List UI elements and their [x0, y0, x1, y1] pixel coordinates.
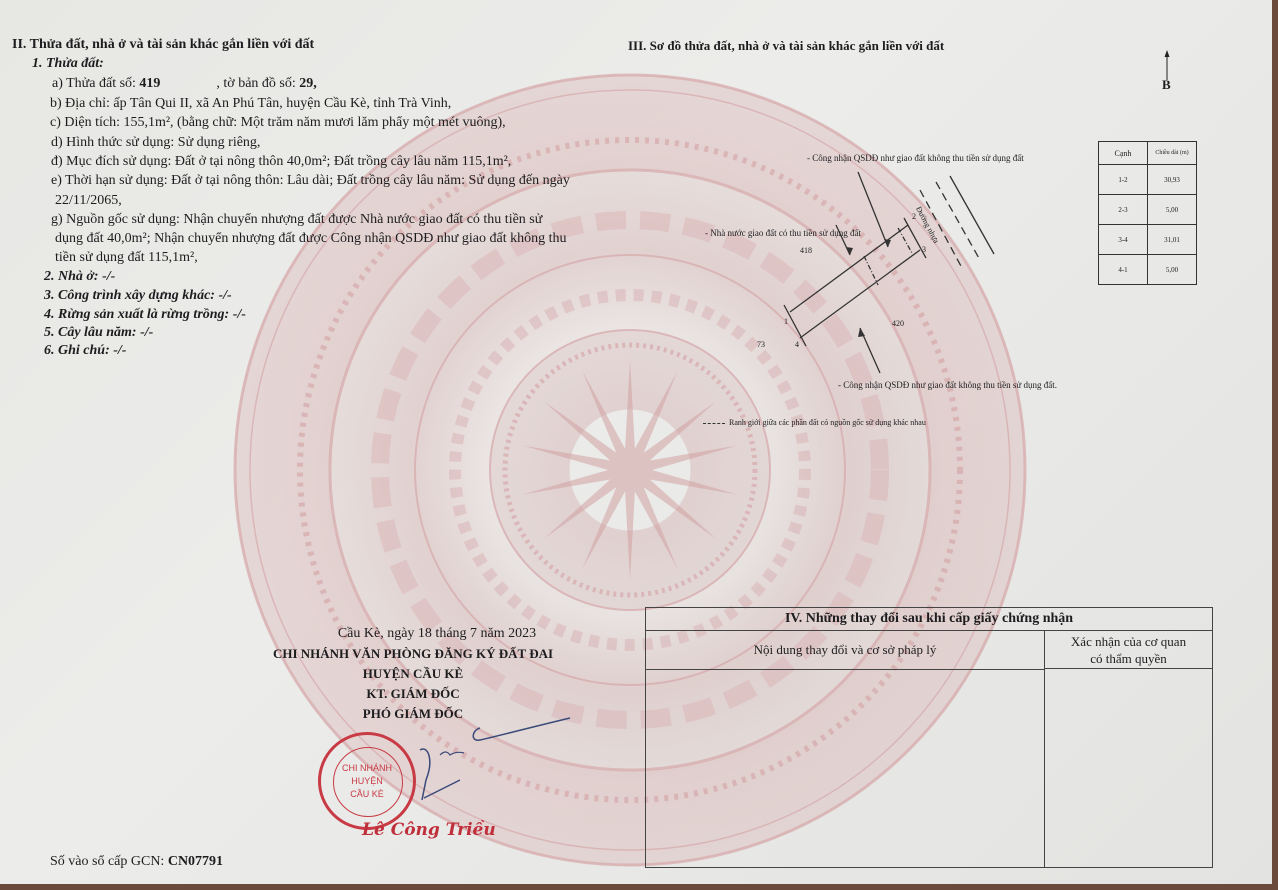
section-iii-title: III. Sơ đồ thửa đất, nhà ở và tài sản kh…	[628, 37, 944, 55]
issuing-org-line-2: HUYỆN CẦU KÈ	[258, 665, 568, 683]
parcel-diagram	[740, 150, 1120, 410]
address-line: b) Địa chỉ: ấp Tân Qui II, xã An Phú Tân…	[50, 95, 451, 113]
item-perennial-trees: 5. Cây lâu năm: -/-	[44, 324, 153, 342]
edge-id: 3-4	[1099, 225, 1148, 255]
edge-length-table: Cạnh Chiều dài (m) 1-2 30,93 2-3 5,00 3-…	[1098, 141, 1197, 285]
table-row: 4-1 5,00	[1099, 255, 1197, 285]
table-row: 3-4 31,01	[1099, 225, 1197, 255]
boundary-legend-line	[703, 423, 725, 424]
section-ii-title: II. Thửa đất, nhà ở và tài sản khác gắn …	[12, 36, 314, 54]
issue-date: Cầu Kè, ngày 18 tháng 7 năm 2023	[307, 625, 567, 643]
edge-length: 31,01	[1148, 225, 1197, 255]
registry-label: Số vào sổ cấp GCN:	[50, 854, 168, 869]
annotation-recognized-top: - Công nhận QSDĐ như giao đất không thu …	[807, 153, 1024, 163]
north-label: B	[1162, 76, 1171, 94]
certificate-page: II. Thửa đất, nhà ở và tài sản khác gắn …	[0, 0, 1272, 884]
changes-col-content: Nội dung thay đổi và cơ sở pháp lý	[646, 631, 1045, 670]
item-notes: 6. Ghi chú: -/-	[44, 342, 126, 360]
confirmation-line-1: Xác nhận của cơ quan	[1045, 633, 1212, 650]
neighbor-parcel-73: 73	[757, 340, 765, 350]
handwritten-signature-icon	[400, 700, 600, 820]
vertex-1: 1	[784, 317, 788, 327]
edge-length: 30,93	[1148, 165, 1197, 195]
usage-term-line-2: 22/11/2065,	[55, 192, 122, 210]
edge-length: 5,00	[1148, 255, 1197, 285]
edge-table-header-edge: Cạnh	[1099, 142, 1148, 165]
edge-length: 5,00	[1148, 195, 1197, 225]
section-iv-title: IV. Những thay đổi sau khi cấp giấy chứn…	[646, 608, 1212, 631]
changes-table: IV. Những thay đổi sau khi cấp giấy chứn…	[645, 607, 1213, 868]
stamp-line-2: HUYỆN	[318, 776, 416, 787]
neighbor-parcel-418: 418	[800, 246, 812, 256]
boundary-legend-text: Ranh giới giữa các phần đất có nguồn gốc…	[729, 418, 926, 428]
origin-line-1: g) Nguồn gốc sử dụng: Nhận chuyển nhượng…	[51, 211, 542, 229]
vertex-4: 4	[795, 340, 799, 350]
edge-id: 4-1	[1099, 255, 1148, 285]
edge-id: 2-3	[1099, 195, 1148, 225]
origin-line-3: tiền sử dụng đất 115,1m²,	[55, 249, 198, 267]
neighbor-parcel-420: 420	[892, 319, 904, 329]
registry-number: CN07791	[168, 854, 223, 869]
area-line: c) Diện tích: 155,1m², (bằng chữ: Một tr…	[50, 114, 506, 132]
parcel-line: a) Thửa đất số: 419, tờ bản đồ số: 29,	[52, 75, 317, 93]
parcel-number: 419	[139, 76, 160, 91]
official-red-stamp: CHI NHÁNH HUYỆN CẦU KÈ	[318, 732, 416, 830]
item-house: 2. Nhà ở: -/-	[44, 268, 115, 286]
registry-line: Số vào sổ cấp GCN: CN07791	[50, 853, 223, 871]
vertex-3: 3	[922, 245, 926, 255]
column-divider	[1044, 670, 1045, 867]
table-row: 2-3 5,00	[1099, 195, 1197, 225]
stamp-line-3: CẦU KÈ	[318, 789, 416, 800]
usage-term-line-1: e) Thời hạn sử dụng: Đất ở tại nông thôn…	[51, 172, 570, 190]
parcel-label: a) Thửa đất số:	[52, 76, 139, 91]
table-row: 1-2 30,93	[1099, 165, 1197, 195]
usage-purpose-line: đ) Mục đích sử dụng: Đất ở tại nông thôn…	[51, 153, 511, 171]
annotation-state-allocated: - Nhà nước giao đất có thu tiền sử dụng …	[705, 228, 861, 238]
map-sheet-number: 29,	[299, 76, 317, 91]
edge-id: 1-2	[1099, 165, 1148, 195]
usage-form-line: d) Hình thức sử dụng: Sử dụng riêng,	[51, 134, 260, 152]
item-planted-forest: 4. Rừng sản xuất là rừng trồng: -/-	[44, 306, 246, 324]
edge-table-header-length: Chiều dài (m)	[1148, 142, 1197, 165]
origin-line-2: dụng đất 40,0m²; Nhận chuyển nhượng đất …	[55, 230, 567, 248]
map-sheet-label: , tờ bản đồ số:	[216, 76, 299, 91]
land-heading: 1. Thửa đất:	[32, 55, 104, 73]
item-other-construction: 3. Công trình xây dựng khác: -/-	[44, 287, 232, 305]
issuing-org-line-1: CHI NHÁNH VĂN PHÒNG ĐĂNG KÝ ĐẤT ĐAI	[258, 645, 568, 663]
stamp-line-1: CHI NHÁNH	[318, 763, 416, 774]
confirmation-line-2: có thẩm quyền	[1045, 650, 1212, 667]
changes-col-confirmation: Xác nhận của cơ quan có thẩm quyền	[1045, 631, 1212, 669]
signer-name: Lê Công Triều	[362, 820, 496, 840]
annotation-recognized-bottom: - Công nhận QSDĐ như giao đất không thu …	[838, 380, 1057, 390]
